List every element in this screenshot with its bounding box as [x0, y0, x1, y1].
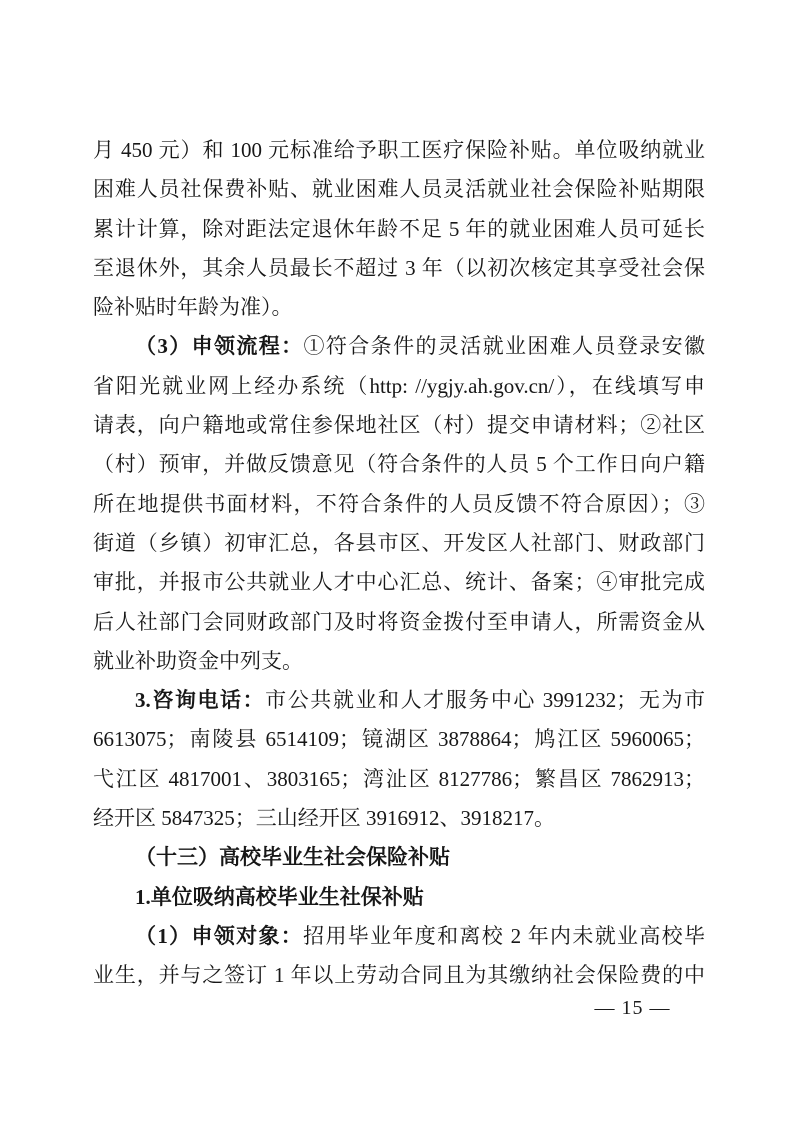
text-line: 经开区 5847325；三山经开区 3916912、3918217。	[93, 799, 705, 838]
document-page: 月 450 元）和 100 元标准给予职工医疗保险补贴。单位吸纳就业困难人员社保…	[0, 0, 793, 1122]
text-line: 弋江区 4817001、3803165；湾沚区 8127786；繁昌区 7862…	[93, 760, 705, 799]
text-line: 6613075；南陵县 6514109；镜湖区 3878864；鸠江区 5960…	[93, 720, 705, 759]
text-line: （1）申领对象：招用毕业年度和离校 2 年内未就业高校毕	[93, 917, 705, 956]
text-run: 弋江区 4817001、3803165；湾沚区 8127786；繁昌区 7862…	[93, 767, 705, 791]
text-line: 审批，并报市公共就业人才中心汇总、统计、备案；④审批完成	[93, 563, 705, 602]
text-run: 市公共就业和人才服务中心 3991232；无为市	[265, 688, 705, 712]
text-run: 街道（乡镇）初审汇总，各县市区、开发区人社部门、财政部门	[93, 531, 705, 555]
text-line: 困难人员社保费补贴、就业困难人员灵活就业社会保险补贴期限	[93, 170, 705, 209]
text-line: 省阳光就业网上经办系统（http: //ygjy.ah.gov.cn/），在线填…	[93, 367, 705, 406]
bold-lead-label: （3）申领流程：	[135, 334, 304, 358]
text-run: 后人社部门会同财政部门及时将资金拨付至申请人，所需资金从	[93, 610, 705, 634]
section-heading: 1.单位吸纳高校毕业生社保补贴	[93, 878, 705, 917]
text-line: 险补贴时年龄为准）。	[93, 288, 705, 327]
text-line: 3.咨询电话：市公共就业和人才服务中心 3991232；无为市	[93, 681, 705, 720]
text-line: 请表，向户籍地或常住参保地社区（村）提交申请材料；②社区	[93, 406, 705, 445]
text-line: 后人社部门会同财政部门及时将资金拨付至申请人，所需资金从	[93, 603, 705, 642]
text-line: 街道（乡镇）初审汇总，各县市区、开发区人社部门、财政部门	[93, 524, 705, 563]
text-run: 困难人员社保费补贴、就业困难人员灵活就业社会保险补贴期限	[93, 177, 705, 201]
body-paragraph: 月 450 元）和 100 元标准给予职工医疗保险补贴。单位吸纳就业困难人员社保…	[93, 131, 705, 327]
text-run: 审批，并报市公共就业人才中心汇总、统计、备案；④审批完成	[93, 570, 705, 594]
text-line: 1.单位吸纳高校毕业生社保补贴	[93, 878, 705, 917]
text-line: 至退休外，其余人员最长不超过 3 年（以初次核定其享受社会保	[93, 249, 705, 288]
section-heading: （十三）高校毕业生社会保险补贴	[93, 838, 705, 877]
text-line: 所在地提供书面材料，不符合条件的人员反馈不符合原因）；③	[93, 485, 705, 524]
text-run: 险补贴时年龄为准）。	[93, 295, 293, 319]
text-line: （3）申领流程：①符合条件的灵活就业困难人员登录安徽	[93, 327, 705, 366]
text-line: （十三）高校毕业生社会保险补贴	[93, 838, 705, 877]
text-run: 至退休外，其余人员最长不超过 3 年（以初次核定其享受社会保	[93, 256, 705, 280]
text-line: （村）预审，并做反馈意见（符合条件的人员 5 个工作日向户籍	[93, 445, 705, 484]
text-line: 就业补助资金中列支。	[93, 642, 705, 681]
text-run: 月 450 元）和 100 元标准给予职工医疗保险补贴。单位吸纳就业	[93, 138, 705, 162]
text-run: 所在地提供书面材料，不符合条件的人员反馈不符合原因）；③	[93, 492, 705, 516]
body-paragraph: （3）申领流程：①符合条件的灵活就业困难人员登录安徽省阳光就业网上经办系统（ht…	[93, 327, 705, 681]
bold-lead-label: 3.咨询电话：	[135, 688, 265, 712]
text-run: （村）预审，并做反馈意见（符合条件的人员 5 个工作日向户籍	[93, 452, 705, 476]
text-run: 经开区 5847325；三山经开区 3916912、3918217。	[93, 806, 555, 830]
bold-lead-label: 1.单位吸纳高校毕业生社保补贴	[135, 885, 424, 909]
text-run: 招用毕业年度和离校 2 年内未就业高校毕	[303, 924, 705, 948]
body-paragraph: 3.咨询电话：市公共就业和人才服务中心 3991232；无为市6613075；南…	[93, 681, 705, 838]
text-line: 月 450 元）和 100 元标准给予职工医疗保险补贴。单位吸纳就业	[93, 131, 705, 170]
text-run: 省阳光就业网上经办系统（http: //ygjy.ah.gov.cn/），在线填…	[93, 374, 705, 398]
text-run: ①符合条件的灵活就业困难人员登录安徽	[304, 334, 705, 358]
body-paragraph: （1）申领对象：招用毕业年度和离校 2 年内未就业高校毕业生，并与之签订 1 年…	[93, 917, 705, 996]
text-run: 业生，并与之签订 1 年以上劳动合同且为其缴纳社会保险费的中	[93, 963, 705, 987]
text-run: 累计计算，除对距法定退休年龄不足 5 年的就业困难人员可延长	[93, 217, 705, 241]
bold-lead-label: （1）申领对象：	[135, 924, 303, 948]
text-run: 就业补助资金中列支。	[93, 649, 303, 673]
text-run: 请表，向户籍地或常住参保地社区（村）提交申请材料；②社区	[93, 413, 705, 437]
document-body: 月 450 元）和 100 元标准给予职工医疗保险补贴。单位吸纳就业困难人员社保…	[93, 131, 705, 996]
bold-lead-label: （十三）高校毕业生社会保险补贴	[135, 845, 450, 869]
text-run: 6613075；南陵县 6514109；镜湖区 3878864；鸠江区 5960…	[93, 727, 705, 751]
text-line: 累计计算，除对距法定退休年龄不足 5 年的就业困难人员可延长	[93, 210, 705, 249]
page-number: — 15 —	[585, 997, 680, 1020]
text-line: 业生，并与之签订 1 年以上劳动合同且为其缴纳社会保险费的中	[93, 956, 705, 995]
